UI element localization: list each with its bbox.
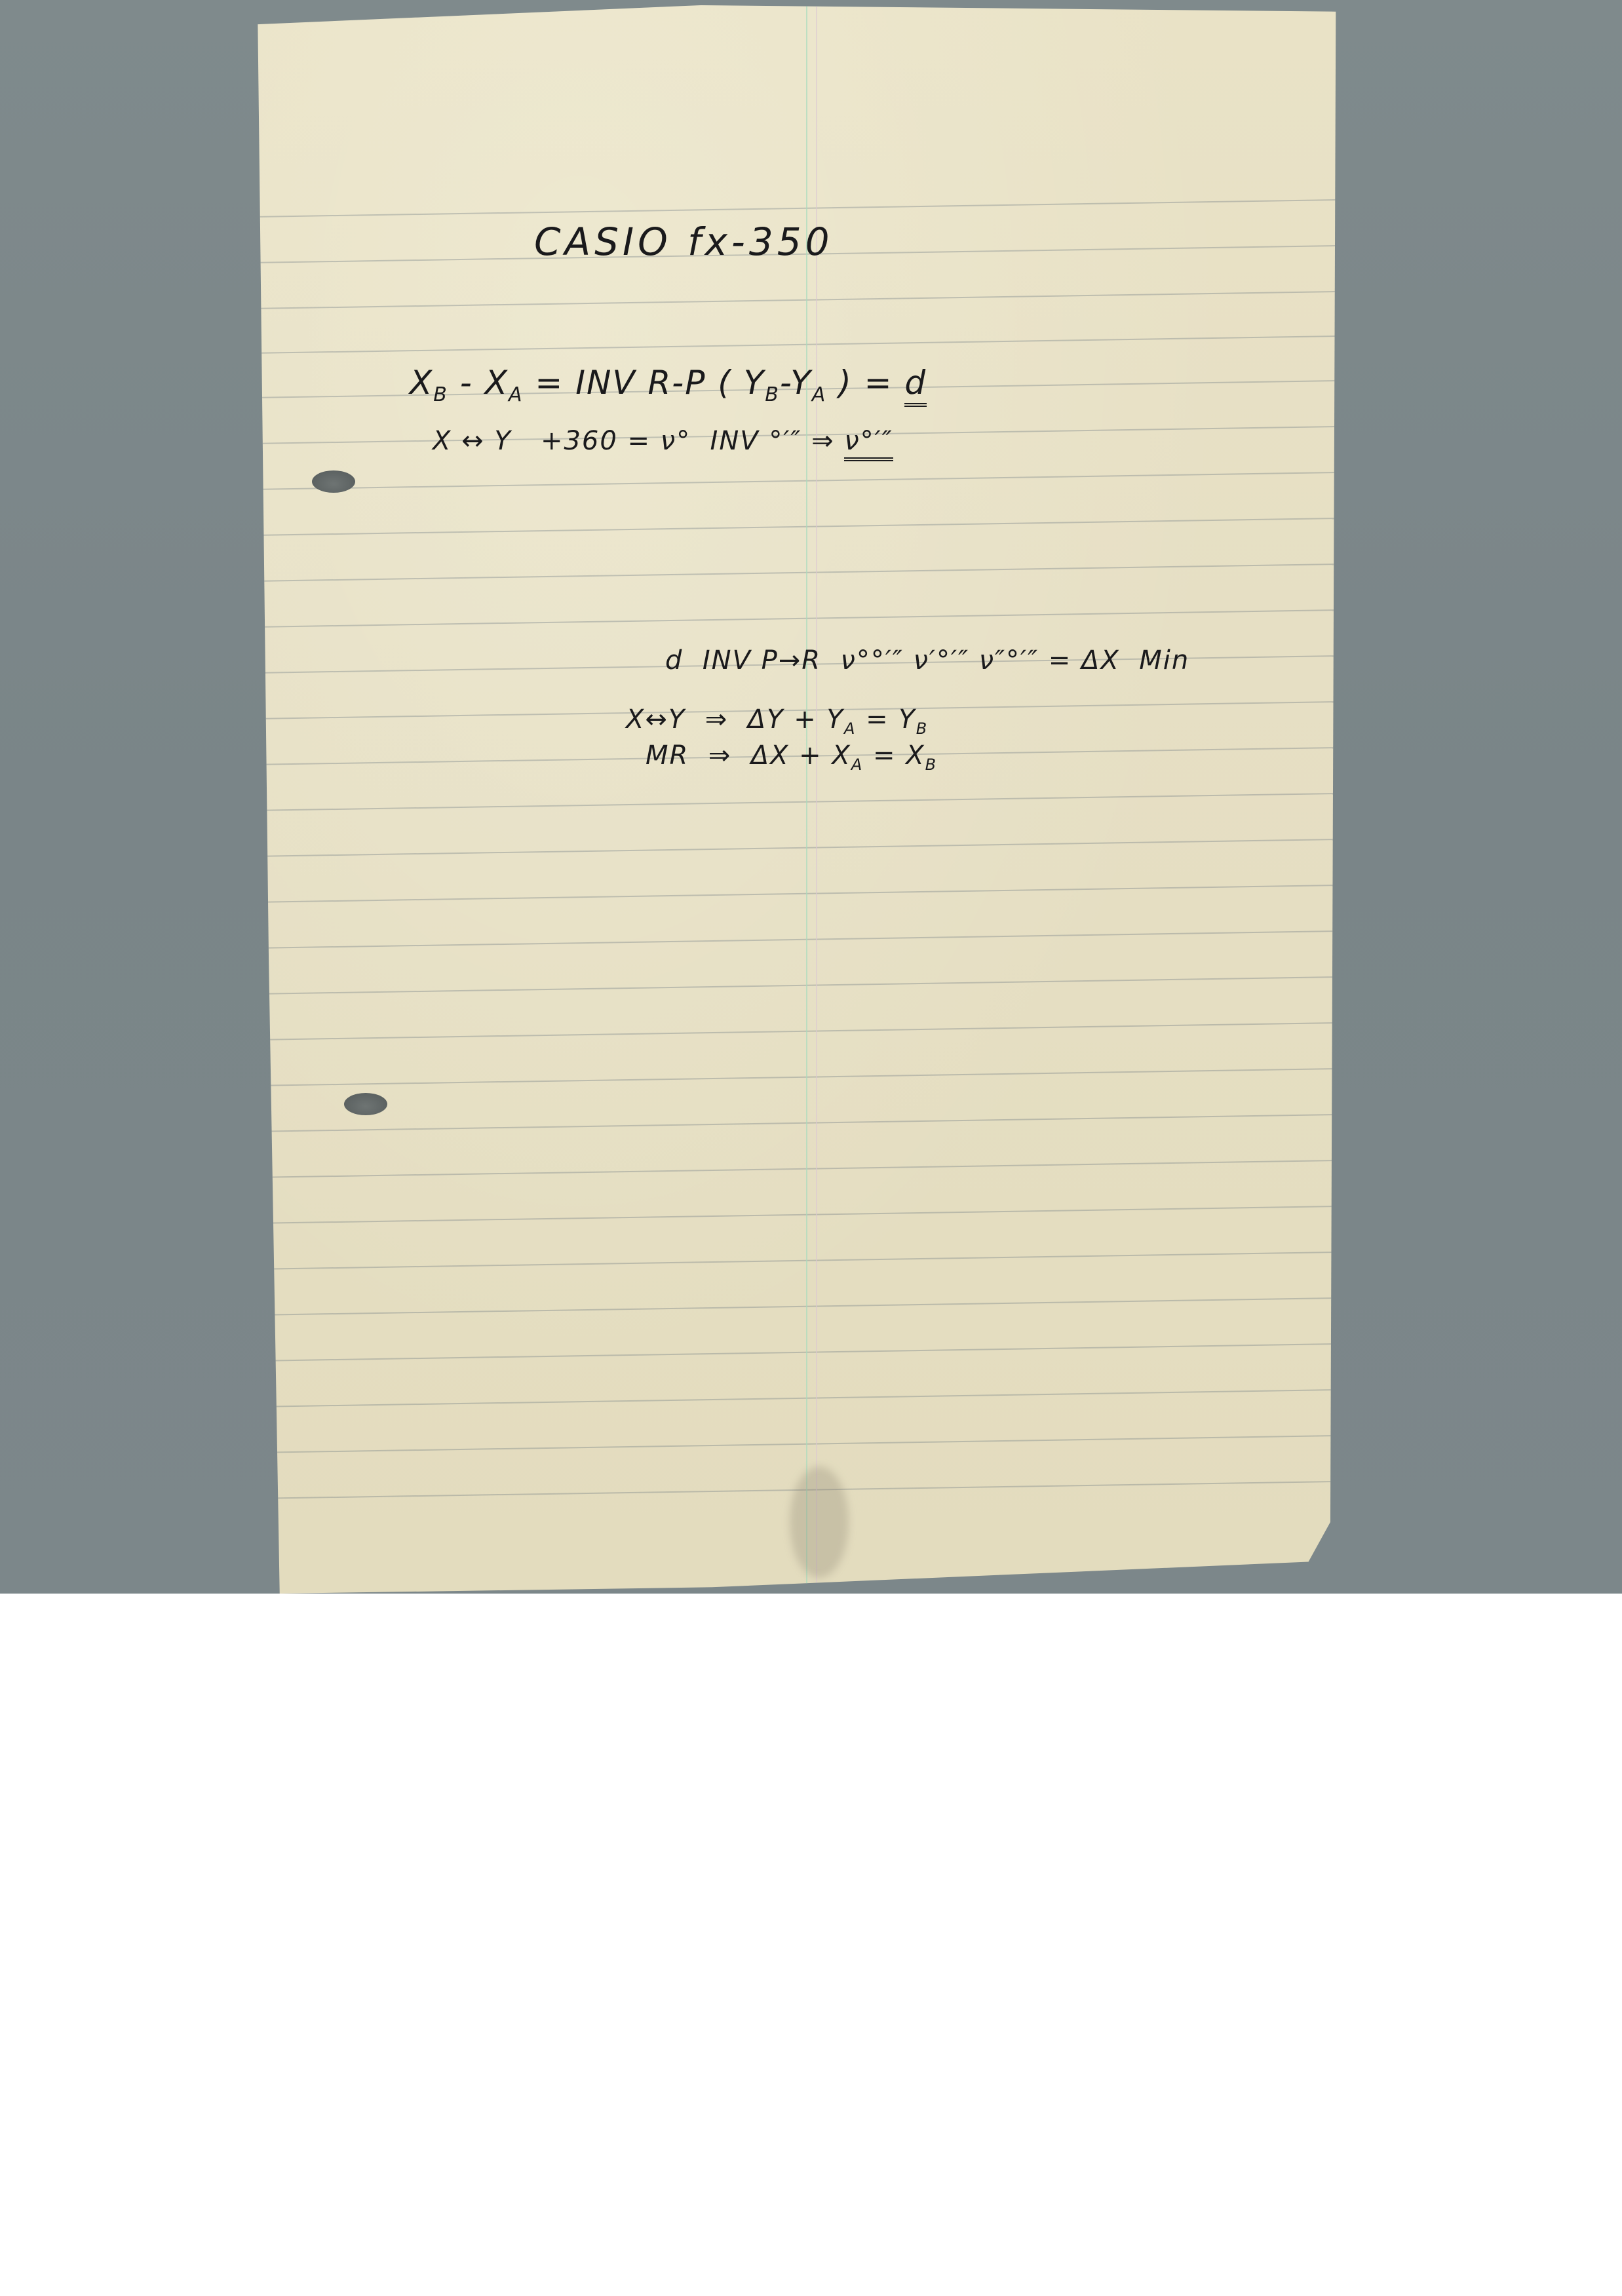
smudge-stain: [790, 1466, 849, 1578]
punch-hole-bottom: [344, 1093, 387, 1115]
equation-polar-to-rect: d INV P→R ν°°′″ ν′°′″ ν″°′″ = ΔX Min: [665, 645, 1189, 676]
result-d: d: [904, 364, 927, 407]
equation-bearing: X ↔ Y +360 = ν° INV °′″ ⇒ ν°′″: [433, 426, 893, 456]
result-bearing: ν°′″: [844, 426, 893, 461]
title-casio-fx-350: CASIO fx-350: [534, 220, 834, 264]
equation-xb: MR ⇒ ΔX + XA = XB: [646, 740, 937, 774]
equation-yb: X↔Y ⇒ ΔY + YA = YB: [626, 704, 928, 738]
scan-background: CASIO fx-350 XB - XA = INV R-P ( YB-YA )…: [0, 0, 1622, 1594]
punch-hole-top: [312, 470, 355, 493]
equation-distance: XB - XA = INV R-P ( YB-YA ) = d: [410, 364, 927, 406]
blank-page-area: [0, 1594, 1622, 2296]
